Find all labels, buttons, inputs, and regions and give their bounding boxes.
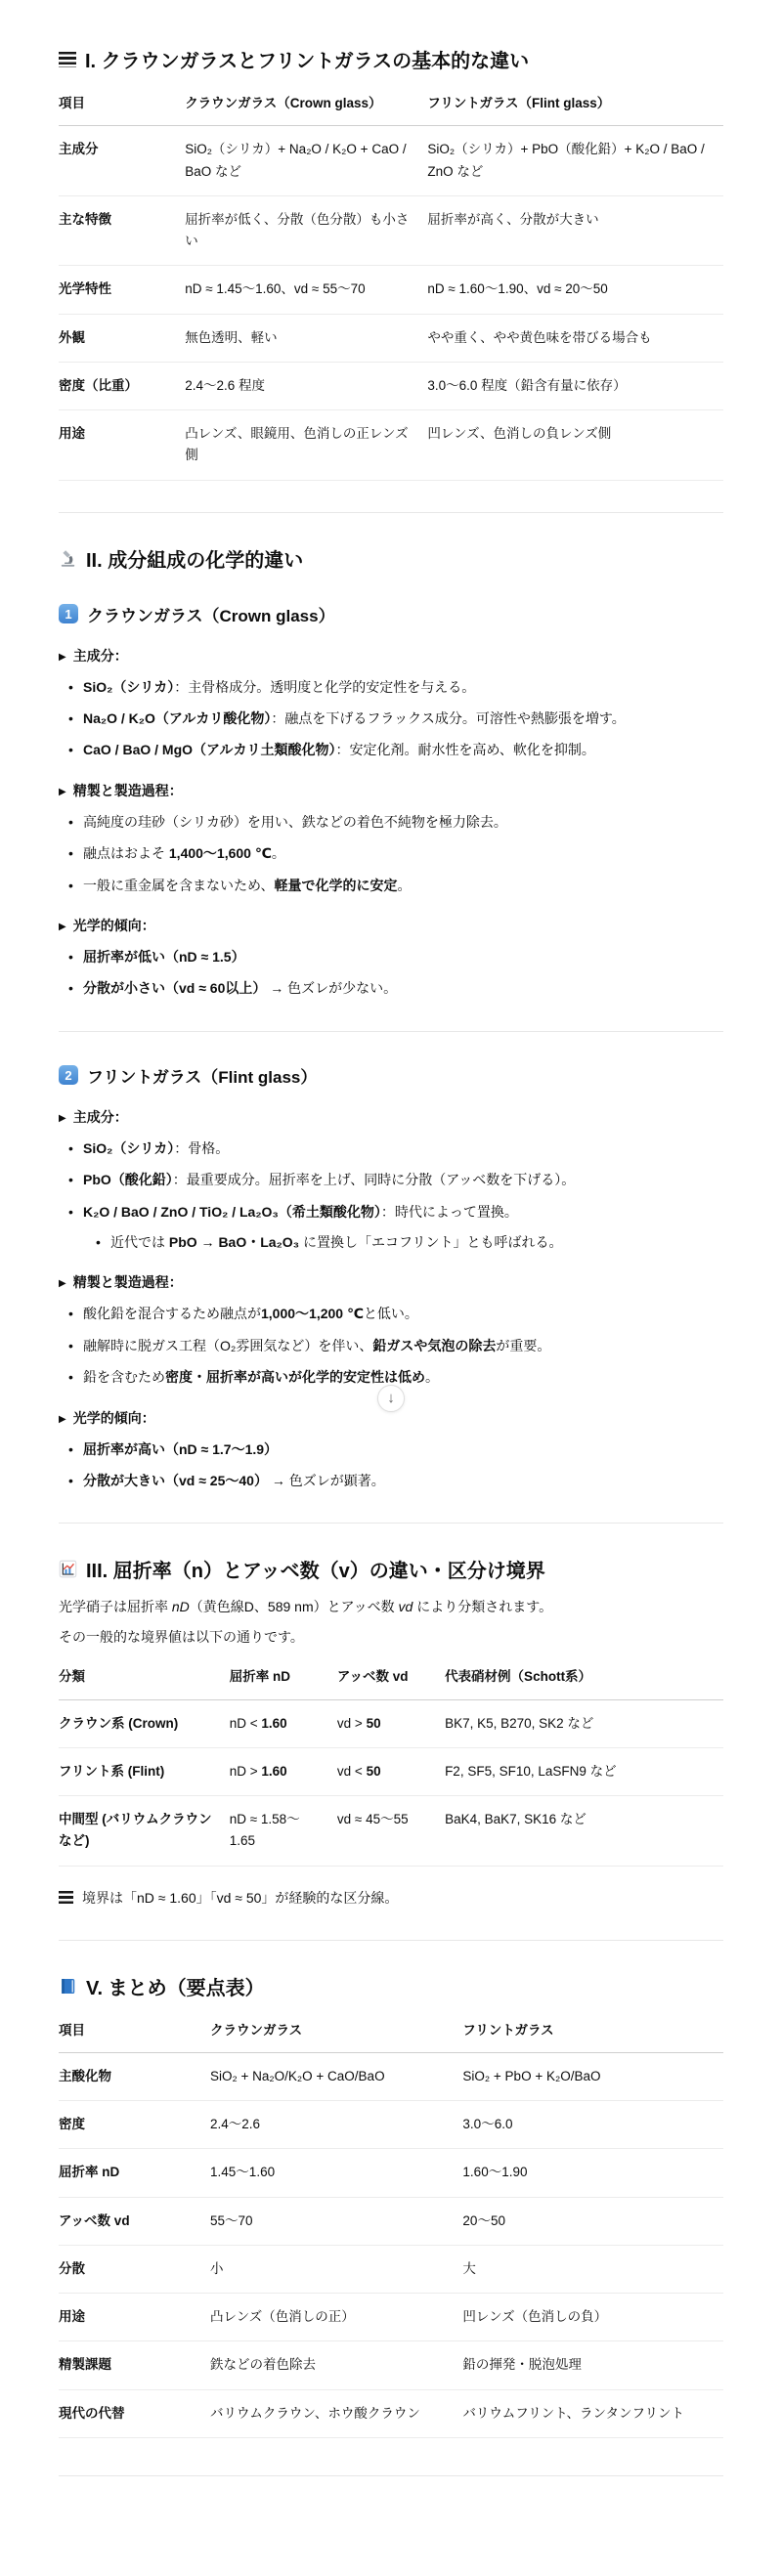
list-item: PbO（酸化鉛）：最重要成分。屈折率を上げ、同時に分散（アッベ数を下げる）。 — [83, 1169, 723, 1190]
triangle-marker-icon: ▶ — [59, 1278, 66, 1289]
row-label: 密度（比重） — [59, 362, 185, 409]
cell: SiO₂（シリカ）+ PbO（酸化鉛）+ K₂O / BaO / ZnO など — [427, 126, 723, 196]
triangle-marker-icon: ▶ — [59, 1414, 66, 1425]
cell: 凹レンズ（色消しの負） — [462, 2294, 723, 2341]
cell: BaK4, BaK7, SK16 など — [445, 1796, 723, 1867]
paragraph: 光学硝子は屈折率 nD（黄色線D、589 nm）とアッベ数 vd により分類され… — [59, 1595, 723, 1619]
list-item: 屈折率が低い（nD ≈ 1.5） — [83, 946, 723, 967]
subsection-heading-flint: 2 フリントガラス（Flint glass） — [59, 1063, 723, 1088]
subsection-title: フリントガラス（Flint glass） — [87, 1063, 317, 1088]
cell: vd < 50 — [337, 1747, 445, 1795]
table-row: 密度2.4〜2.63.0〜6.0 — [59, 2101, 723, 2149]
col-header: アッベ数 vd — [337, 1658, 445, 1699]
cell: nD > 1.60 — [230, 1747, 337, 1795]
bullet-list: SiO₂（シリカ）：骨格。 PbO（酸化鉛）：最重要成分。屈折率を上げ、同時に分… — [59, 1138, 723, 1254]
table-row: クラウン系 (Crown) nD < 1.60 vd > 50 BK7, K5,… — [59, 1699, 723, 1747]
row-label: 用途 — [59, 2294, 210, 2341]
row-label: 光学特性 — [59, 266, 185, 314]
list-item: 近代では PbO → BaO・La₂O₃ に置換し「エコフリント」とも呼ばれる。 — [110, 1231, 723, 1253]
row-label: 主酸化物 — [59, 2052, 210, 2100]
bullet-list: 酸化鉛を混合するため融点が1,000〜1,200 ℃と低い。 融解時に脱ガス工程… — [59, 1303, 723, 1388]
cell: 大 — [462, 2245, 723, 2293]
cell: 55〜70 — [210, 2197, 462, 2245]
triangle-marker-icon: ▶ — [59, 652, 66, 663]
table-row: 主な特徴屈折率が低く、分散（色分散）も小さい屈折率が高く、分散が大きい — [59, 195, 723, 266]
list-item: 高純度の珪砂（シリカ砂）を用い、鉄などの着色不純物を極力除去。 — [83, 811, 723, 833]
section-title: II. 成分組成の化学的違い — [86, 544, 303, 573]
row-label: アッベ数 vd — [59, 2197, 210, 2245]
table-row: 用途凸レンズ、眼鏡用、色消しの正レンズ側凹レンズ、色消しの負レンズ側 — [59, 410, 723, 481]
row-label: 密度 — [59, 2101, 210, 2149]
boundary-table: 分類 屈折率 nD アッベ数 vd 代表硝材例（Schott系） クラウン系 (… — [59, 1658, 723, 1866]
section-title: I. クラウンガラスとフリントガラスの基本的な違い — [85, 45, 529, 73]
table-row: 光学特性nD ≈ 1.45〜1.60、vd ≈ 55〜70nD ≈ 1.60〜1… — [59, 266, 723, 314]
cell: nD < 1.60 — [230, 1699, 337, 1747]
cell: 凹レンズ、色消しの負レンズ側 — [427, 410, 723, 481]
table-row: 外観無色透明、軽いやや重く、やや黄色味を帯びる場合も — [59, 314, 723, 362]
bullet-list: 屈折率が高い（nD ≈ 1.7〜1.9） 分散が大きい（vd ≈ 25〜40） … — [59, 1438, 723, 1492]
table-row: 密度（比重）2.4〜2.6 程度3.0〜6.0 程度（鉛含有量に依存） — [59, 362, 723, 409]
summary-table: 項目 クラウンガラス フリントガラス 主酸化物SiO₂ + Na₂O/K₂O +… — [59, 2012, 723, 2438]
table-row: 屈折率 nD1.45〜1.601.60〜1.90 — [59, 2149, 723, 2197]
cell: 小 — [210, 2245, 462, 2293]
document: I. クラウンガラスとフリントガラスの基本的な違い 項目 クラウンガラス（Cro… — [0, 0, 782, 2576]
section-heading-basic: I. クラウンガラスとフリントガラスの基本的な違い — [59, 45, 723, 73]
col-header: 項目 — [59, 2012, 210, 2053]
basic-diff-table: 項目 クラウンガラス（Crown glass） フリントガラス（Flint gl… — [59, 85, 723, 481]
bullet-list: 屈折率が低い（nD ≈ 1.5） 分散が小さい（vd ≈ 60以上） → 色ズレ… — [59, 946, 723, 1000]
cell: 1.45〜1.60 — [210, 2149, 462, 2197]
list-item: 分散が大きい（vd ≈ 25〜40） → 色ズレが顕著。 — [83, 1470, 723, 1491]
row-label: フリント系 (Flint) — [59, 1747, 230, 1795]
cell: 20〜50 — [462, 2197, 723, 2245]
cell: vd > 50 — [337, 1699, 445, 1747]
lines-icon — [59, 1891, 73, 1905]
arrow-down-icon: ↓ — [387, 1390, 395, 1406]
cell: 凸レンズ（色消しの正） — [210, 2294, 462, 2341]
sub-bullet-list: 近代では PbO → BaO・La₂O₃ に置換し「エコフリント」とも呼ばれる。 — [83, 1231, 723, 1253]
table-row: 現代の代替バリウムクラウン、ホウ酸クラウンバリウムフリント、ランタンフリント — [59, 2389, 723, 2437]
table-row: アッベ数 vd55〜7020〜50 — [59, 2197, 723, 2245]
bullet-list: SiO₂（シリカ）：主骨格成分。透明度と化学的安定性を与える。 Na₂O / K… — [59, 676, 723, 761]
cell: F2, SF5, SF10, LaSFN9 など — [445, 1747, 723, 1795]
list-item: 融解時に脱ガス工程（O₂雰囲気など）を伴い、鉛ガスや気泡の除去が重要。 — [83, 1335, 723, 1356]
list-item: SiO₂（シリカ）：骨格。 — [83, 1138, 723, 1159]
list-item: 一般に重金属を含まないため、軽量で化学的に安定。 — [83, 875, 723, 896]
group-label: ▶精製と製造過程： — [59, 781, 723, 801]
group-label: ▶主成分： — [59, 1107, 723, 1128]
row-label: 中間型 (バリウムクラウンなど) — [59, 1796, 230, 1867]
cell: 屈折率が低く、分散（色分散）も小さい — [185, 195, 427, 266]
cell: 2.4〜2.6 — [210, 2101, 462, 2149]
cell: SiO₂ + Na₂O/K₂O + CaO/BaO — [210, 2052, 462, 2100]
cell: バリウムクラウン、ホウ酸クラウン — [210, 2389, 462, 2437]
list-item: 酸化鉛を混合するため融点が1,000〜1,200 ℃と低い。 — [83, 1303, 723, 1324]
cell: vd ≈ 45〜55 — [337, 1796, 445, 1867]
list-item: 分散が小さい（vd ≈ 60以上） → 色ズレが少ない。 — [83, 977, 723, 999]
boundary-note: 境界は「nD ≈ 1.60」「vd ≈ 50」が経験的な区分線。 — [59, 1888, 723, 1909]
table-header-row: 項目 クラウンガラス フリントガラス — [59, 2012, 723, 2053]
table-row: 中間型 (バリウムクラウンなど) nD ≈ 1.58〜1.65 vd ≈ 45〜… — [59, 1796, 723, 1867]
table-row: フリント系 (Flint) nD > 1.60 vd < 50 F2, SF5,… — [59, 1747, 723, 1795]
triangle-marker-icon: ▶ — [59, 922, 66, 932]
row-label: 分散 — [59, 2245, 210, 2293]
cell: nD ≈ 1.45〜1.60、vd ≈ 55〜70 — [185, 266, 427, 314]
chart-icon — [59, 1560, 77, 1578]
table-row: 主酸化物SiO₂ + Na₂O/K₂O + CaO/BaOSiO₂ + PbO … — [59, 2052, 723, 2100]
section-heading-composition: II. 成分組成の化学的違い — [59, 544, 723, 573]
triangle-marker-icon: ▶ — [59, 787, 66, 797]
section-heading-summary: V. まとめ（要点表） — [59, 1972, 723, 2000]
cell: BK7, K5, B270, SK2 など — [445, 1699, 723, 1747]
cell: 無色透明、軽い — [185, 314, 427, 362]
table-row: 用途凸レンズ（色消しの正）凹レンズ（色消しの負） — [59, 2294, 723, 2341]
section-divider — [59, 1031, 723, 1032]
table-row: 主成分SiO₂（シリカ）+ Na₂O / K₂O + CaO / BaO などS… — [59, 126, 723, 196]
microscope-icon — [59, 549, 77, 568]
cell: バリウムフリント、ランタンフリント — [462, 2389, 723, 2437]
row-label: クラウン系 (Crown) — [59, 1699, 230, 1747]
col-header: クラウンガラス — [210, 2012, 462, 2053]
section-divider — [59, 1523, 723, 1524]
group-label: ▶光学的傾向： — [59, 916, 723, 936]
cell: nD ≈ 1.60〜1.90、vd ≈ 20〜50 — [427, 266, 723, 314]
group-label: ▶精製と製造過程： — [59, 1272, 723, 1293]
col-header: クラウンガラス（Crown glass） — [185, 85, 427, 126]
row-label: 屈折率 nD — [59, 2149, 210, 2197]
section-divider — [59, 512, 723, 513]
list-item: CaO / BaO / MgO（アルカリ土類酸化物）：安定化剤。耐水性を高め、軟… — [83, 739, 723, 760]
list-item: 鉛を含むため密度・屈折率が高いが化学的安定性は低め。 — [83, 1366, 723, 1388]
subsection-heading-crown: 1 クラウンガラス（Crown glass） — [59, 602, 723, 626]
col-header: フリントガラス — [462, 2012, 723, 2053]
group-label: ▶主成分： — [59, 646, 723, 666]
col-header: 項目 — [59, 85, 185, 126]
cell: 3.0〜6.0 — [462, 2101, 723, 2149]
row-label: 現代の代替 — [59, 2389, 210, 2437]
list-item: SiO₂（シリカ）：主骨格成分。透明度と化学的安定性を与える。 — [83, 676, 723, 698]
section-title: III. 屈折率（n）とアッベ数（v）の違い・区分け境界 — [86, 1555, 545, 1583]
list-item: K₂O / BaO / ZnO / TiO₂ / La₂O₃（希土類酸化物）：時… — [83, 1201, 723, 1254]
cell: 2.4〜2.6 程度 — [185, 362, 427, 409]
subsection-title: クラウンガラス（Crown glass） — [87, 602, 335, 626]
cell: 屈折率が高く、分散が大きい — [427, 195, 723, 266]
scroll-to-bottom-button[interactable]: ↓ — [377, 1385, 405, 1412]
keycap-2-icon: 2 — [59, 1065, 78, 1085]
col-header: フリントガラス（Flint glass） — [427, 85, 723, 126]
blue-book-icon — [59, 1977, 77, 1996]
bullet-list: 高純度の珪砂（シリカ砂）を用い、鉄などの着色不純物を極力除去。 融点はおよそ 1… — [59, 811, 723, 896]
cell: 1.60〜1.90 — [462, 2149, 723, 2197]
table-header-row: 分類 屈折率 nD アッベ数 vd 代表硝材例（Schott系） — [59, 1658, 723, 1699]
cell: やや重く、やや黄色味を帯びる場合も — [427, 314, 723, 362]
keycap-1-icon: 1 — [59, 604, 78, 623]
row-label: 外観 — [59, 314, 185, 362]
table-row: 分散小大 — [59, 2245, 723, 2293]
row-label: 用途 — [59, 410, 185, 481]
cell: SiO₂（シリカ）+ Na₂O / K₂O + CaO / BaO など — [185, 126, 427, 196]
col-header: 分類 — [59, 1658, 230, 1699]
col-header: 屈折率 nD — [230, 1658, 337, 1699]
note-text: 境界は「nD ≈ 1.60」「vd ≈ 50」が経験的な区分線。 — [82, 1888, 398, 1909]
list-item: 屈折率が高い（nD ≈ 1.7〜1.9） — [83, 1438, 723, 1460]
lines-icon — [59, 52, 76, 67]
cell: nD ≈ 1.58〜1.65 — [230, 1796, 337, 1867]
table-header-row: 項目 クラウンガラス（Crown glass） フリントガラス（Flint gl… — [59, 85, 723, 126]
row-label: 主成分 — [59, 126, 185, 196]
section-heading-boundary: III. 屈折率（n）とアッベ数（v）の違い・区分け境界 — [59, 1555, 723, 1583]
cell: 鉄などの着色除去 — [210, 2341, 462, 2389]
list-item: Na₂O / K₂O（アルカリ酸化物）：融点を下げるフラックス成分。可溶性や熱膨… — [83, 708, 723, 729]
cell: 鉛の揮発・脱泡処理 — [462, 2341, 723, 2389]
section-title: V. まとめ（要点表） — [86, 1972, 265, 2000]
cell: 凸レンズ、眼鏡用、色消しの正レンズ側 — [185, 410, 427, 481]
row-label: 精製課題 — [59, 2341, 210, 2389]
col-header: 代表硝材例（Schott系） — [445, 1658, 723, 1699]
list-item: 融点はおよそ 1,400〜1,600 ℃。 — [83, 842, 723, 864]
section-divider — [59, 2475, 723, 2476]
triangle-marker-icon: ▶ — [59, 1113, 66, 1124]
section-divider — [59, 1940, 723, 1941]
paragraph: その一般的な境界値は以下の通りです。 — [59, 1625, 723, 1650]
cell: 3.0〜6.0 程度（鉛含有量に依存） — [427, 362, 723, 409]
cell: SiO₂ + PbO + K₂O/BaO — [462, 2052, 723, 2100]
table-row: 精製課題鉄などの着色除去鉛の揮発・脱泡処理 — [59, 2341, 723, 2389]
row-label: 主な特徴 — [59, 195, 185, 266]
